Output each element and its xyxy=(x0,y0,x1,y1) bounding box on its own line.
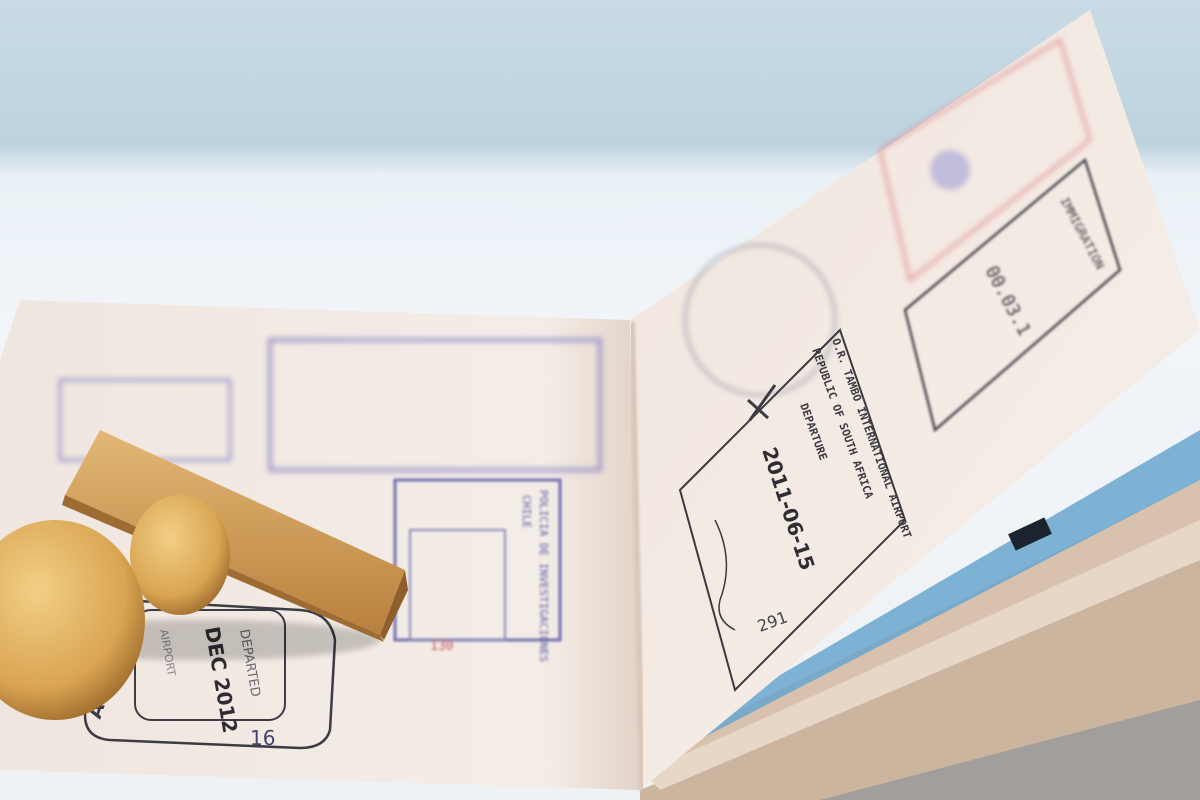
passport-photo: POLICIA DE INVESTIGACIONES CHILE 130 AUS… xyxy=(0,0,1200,800)
stamp-handle-neck xyxy=(130,495,230,615)
svg-text:130: 130 xyxy=(430,639,453,654)
svg-text:CHILE: CHILE xyxy=(520,495,533,528)
svg-text:POLICIA DE INVESTIGACIONES: POLICIA DE INVESTIGACIONES xyxy=(537,490,550,662)
svg-text:16: 16 xyxy=(250,726,275,750)
